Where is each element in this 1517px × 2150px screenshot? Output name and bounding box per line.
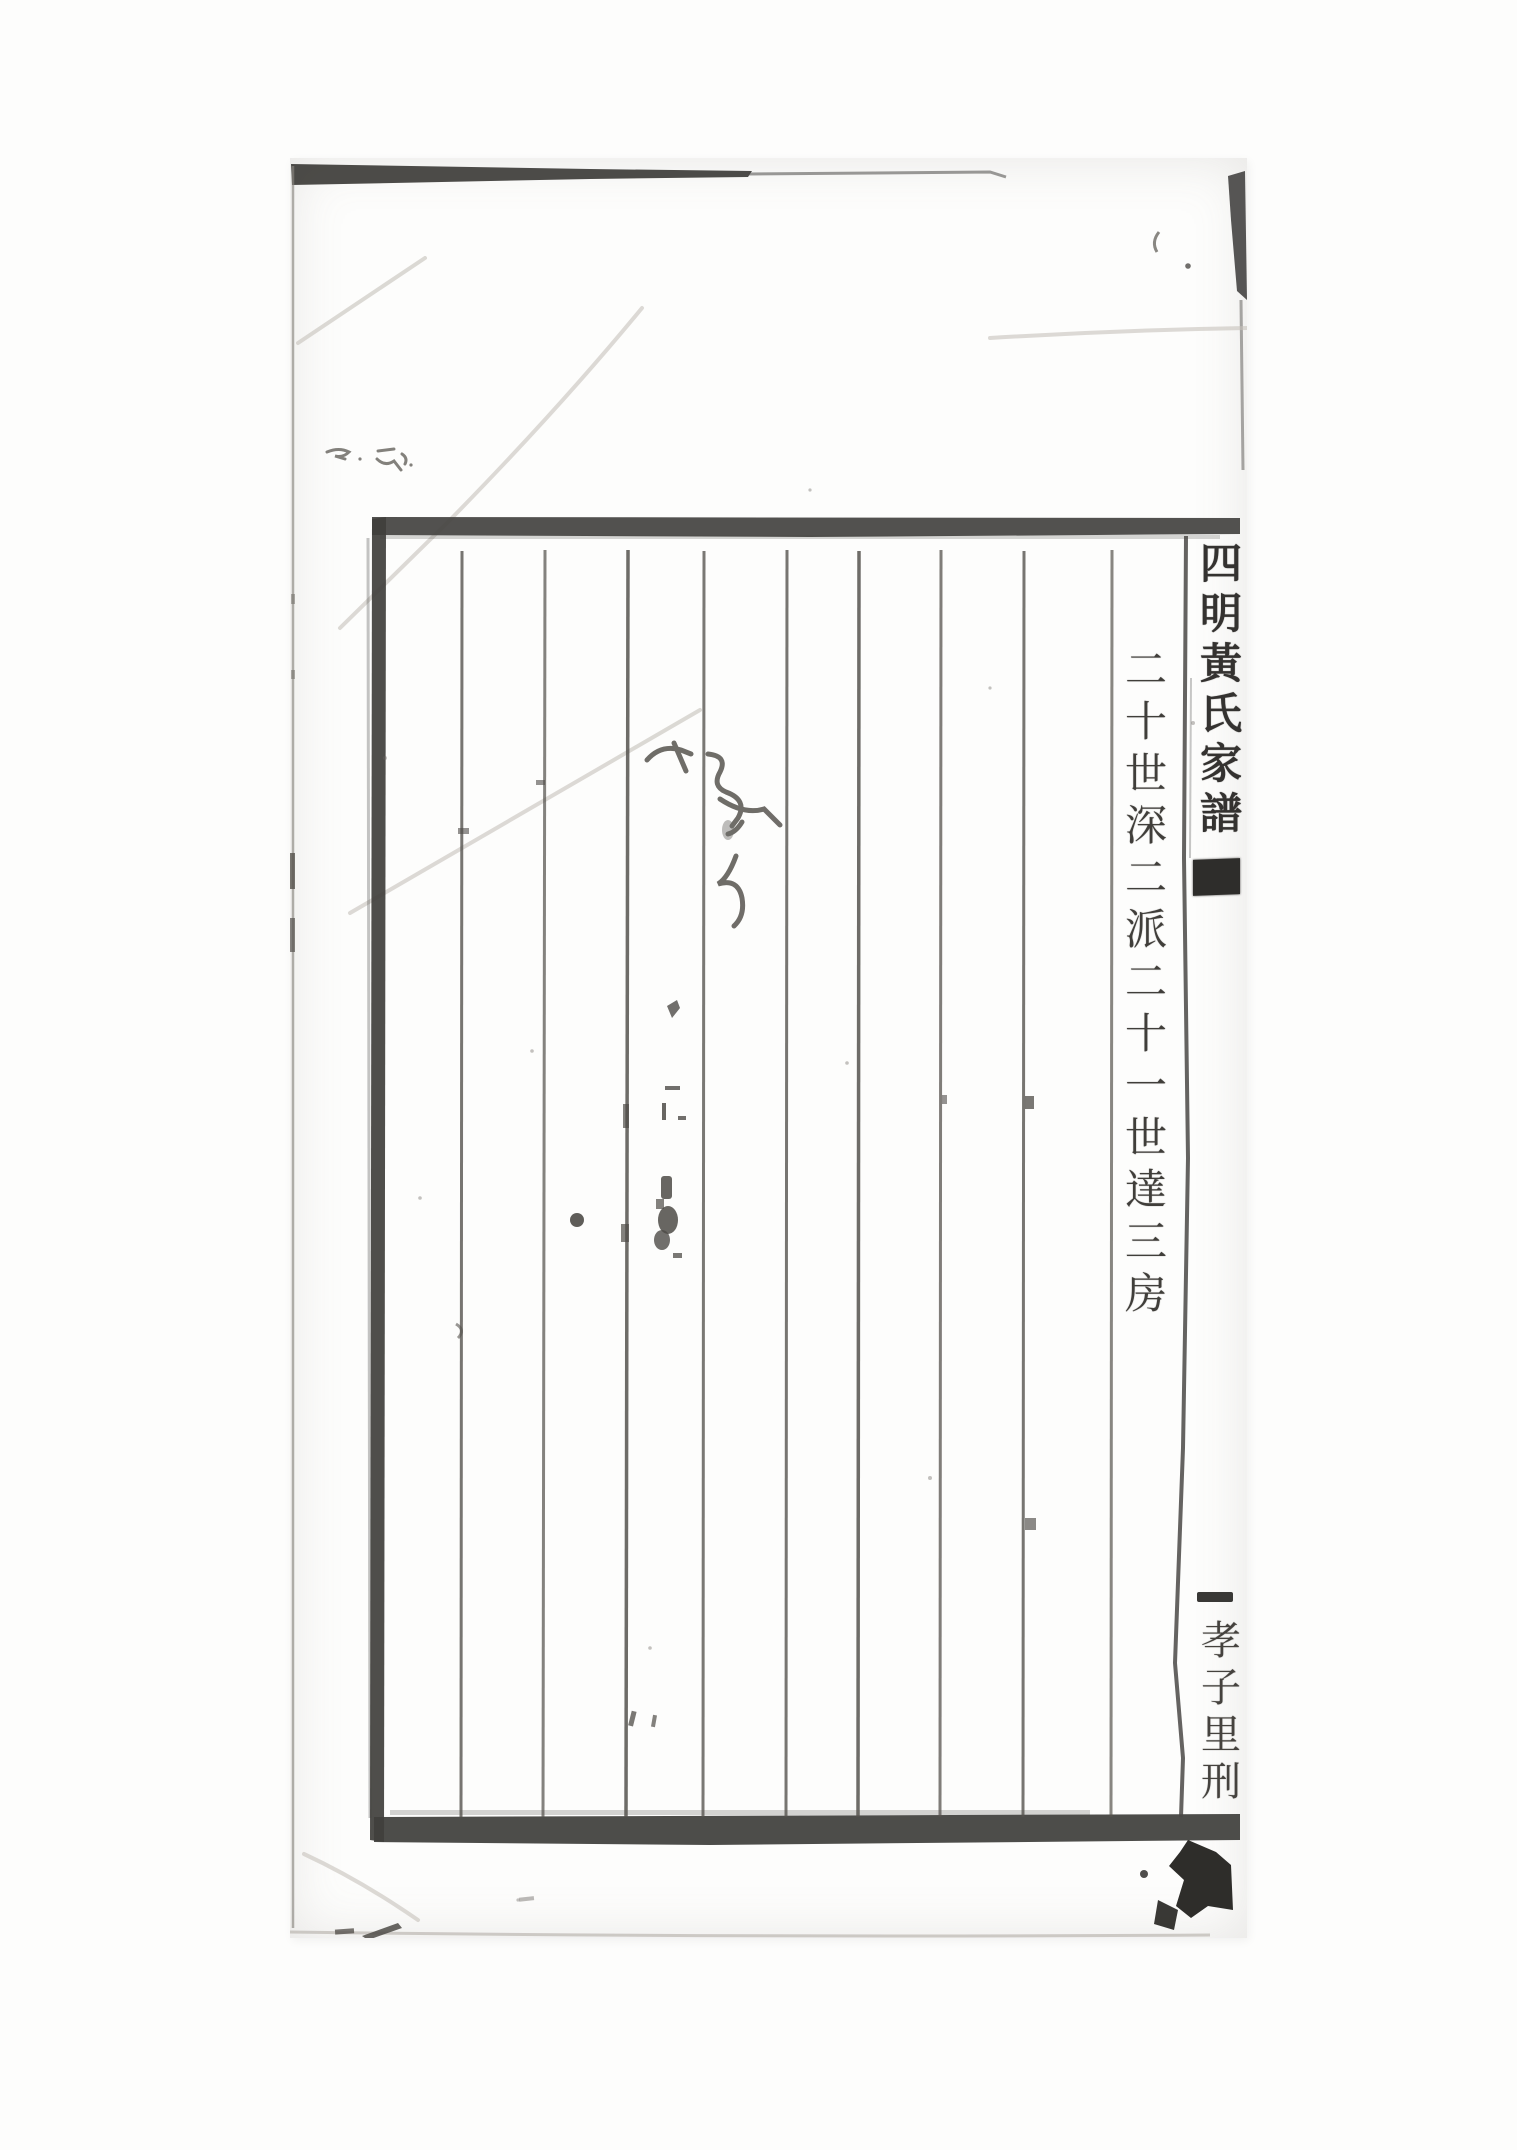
fishtail-printer-block xyxy=(1193,858,1240,896)
column-rules xyxy=(461,550,1112,1817)
book-title-strip: 四明黃氏家譜 xyxy=(1195,539,1247,839)
paper-creases xyxy=(298,258,1247,1920)
paper-edge-marks xyxy=(290,164,1247,1938)
ruled-frame xyxy=(368,517,1240,1845)
generation-heading: 二十世深二派二十一世達三房 xyxy=(1120,644,1172,1320)
paper-speckles xyxy=(383,488,1195,1901)
paper-sheet: 四明黃氏家譜 二十世深二派二十一世達三房 孝子里刑 xyxy=(290,158,1247,1938)
colophon-text: 孝子里刑 xyxy=(1198,1618,1244,1806)
fold-divider-mark xyxy=(1197,1592,1233,1602)
scanned-page: 四明黃氏家譜 二十世深二派二十一世達三房 孝子里刑 xyxy=(0,0,1517,2150)
ink-smudges xyxy=(456,232,1191,1727)
pencil-scribbles xyxy=(327,449,413,470)
handwritten-annotation xyxy=(647,743,780,926)
print-frame-and-marks xyxy=(290,158,1247,1938)
ink-blob-bottom-right xyxy=(1140,1840,1233,1930)
